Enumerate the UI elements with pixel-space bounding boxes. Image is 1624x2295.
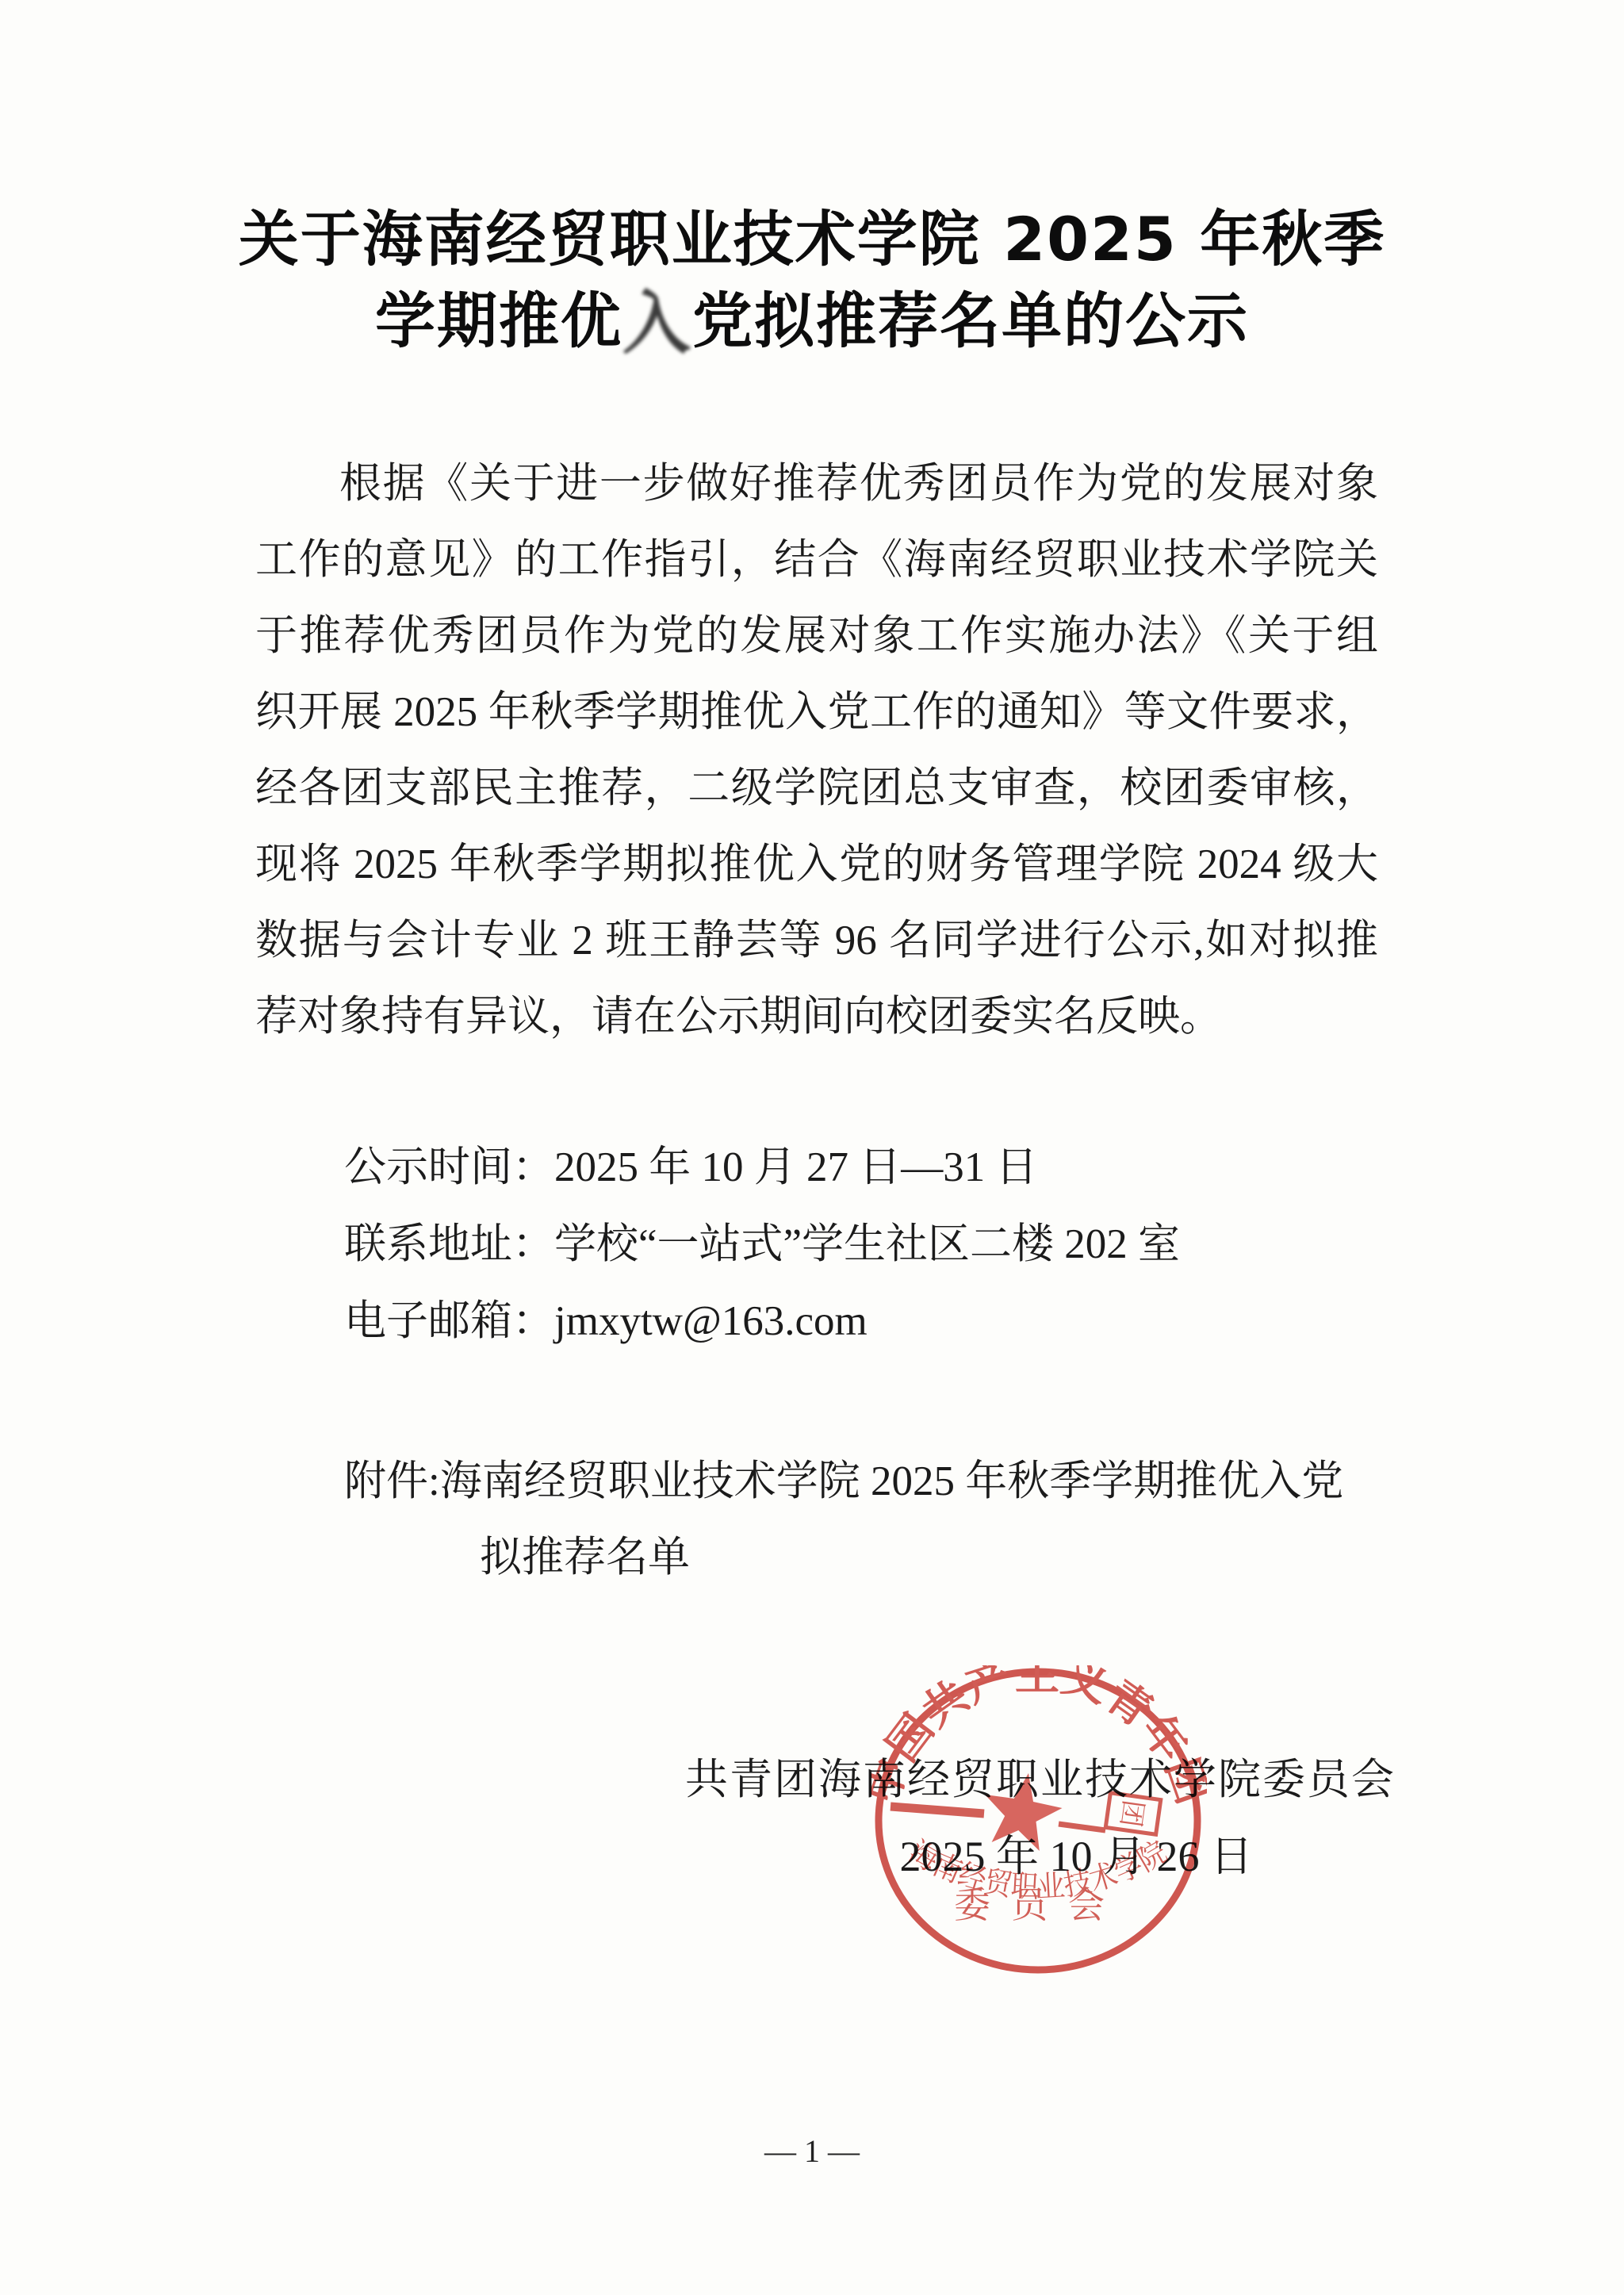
body-line: 经各团支部民主推荐，二级学院团总支审查，校团委审核，: [255, 750, 1378, 826]
signature-date: 2025 年 10 月 26 日: [0, 1818, 1624, 1895]
page-number: — 1 —: [0, 2132, 1624, 2171]
body-line: 数据与会计专业 2 班王静芸等 96 名同学进行公示,如对拟推: [255, 902, 1378, 979]
publicity-period-line: 公示时间：2025 年 10 月 27 日—31 日: [344, 1129, 1180, 1206]
attachment-block: 附件:海南经贸职业技术学院 2025 年秋季学期推优入党 拟推荐名单: [344, 1443, 1343, 1596]
stamp-flag-box: 团: [1105, 1793, 1161, 1834]
attachment-line-1: 附件:海南经贸职业技术学院 2025 年秋季学期推优入党: [344, 1443, 1343, 1519]
title-line-2-pre: 学期推优: [375, 285, 622, 356]
body-line: 织开展 2025 年秋季学期推优入党工作的通知》等文件要求，: [255, 674, 1378, 750]
document-title: 关于海南经贸职业技术学院 2025 年秋季 学期推优入党拟推荐名单的公示: [0, 200, 1624, 361]
title-ru-character: 入: [622, 284, 692, 363]
body-line: 工作的意见》的工作指引，结合《海南经贸职业技术学院关: [255, 522, 1378, 598]
stamp-committee-text: 委员会: [954, 1885, 1125, 1925]
body-line: 现将 2025 年秋季学期拟推优入党的财务管理学院 2024 级大: [255, 826, 1378, 902]
attachment-line-2: 拟推荐名单: [344, 1519, 1343, 1596]
stamp-flag-char: 团: [1115, 1798, 1147, 1829]
body-paragraph: 根据《关于进一步做好推荐优秀团员作为党的发展对象 工作的意见》的工作指引，结合《…: [255, 446, 1378, 1055]
title-line-2: 学期推优入党拟推荐名单的公示: [0, 279, 1624, 361]
body-line: 荐对象持有异议，请在公示期间向校团委实名反映。: [255, 979, 1378, 1055]
body-line: 于推荐优秀团员作为党的发展对象工作实施办法》《关于组: [255, 598, 1378, 674]
stamp-flag-line-left-icon: [891, 1806, 984, 1814]
stamp-arc-top-text: 中国共产主义青年团: [871, 1665, 1207, 1810]
stamp-star-icon: [985, 1773, 1062, 1851]
official-stamp: 中国共产主义青年团 团 海南经贸职业技术学院 委员会: [871, 1665, 1207, 1983]
document-page: 关于海南经贸职业技术学院 2025 年秋季 学期推优入党拟推荐名单的公示 根据《…: [0, 0, 1624, 2295]
contact-block: 公示时间：2025 年 10 月 27 日—31 日 联系地址：学校“一站式”学…: [344, 1129, 1180, 1360]
contact-email-line: 电子邮箱：jmxytw@163.com: [344, 1283, 1180, 1360]
title-line-1: 关于海南经贸职业技术学院 2025 年秋季: [0, 200, 1624, 279]
title-line-2-post: 党拟推荐名单的公示: [692, 285, 1249, 356]
signature-organization: 共青团海南经贸职业技术学院委员会: [0, 1741, 1624, 1818]
body-line: 根据《关于进一步做好推荐优秀团员作为党的发展对象: [255, 446, 1378, 522]
stamp-flag-line-right-icon: [1059, 1824, 1105, 1830]
contact-address-line: 联系地址：学校“一站式”学生社区二楼 202 室: [344, 1206, 1180, 1283]
